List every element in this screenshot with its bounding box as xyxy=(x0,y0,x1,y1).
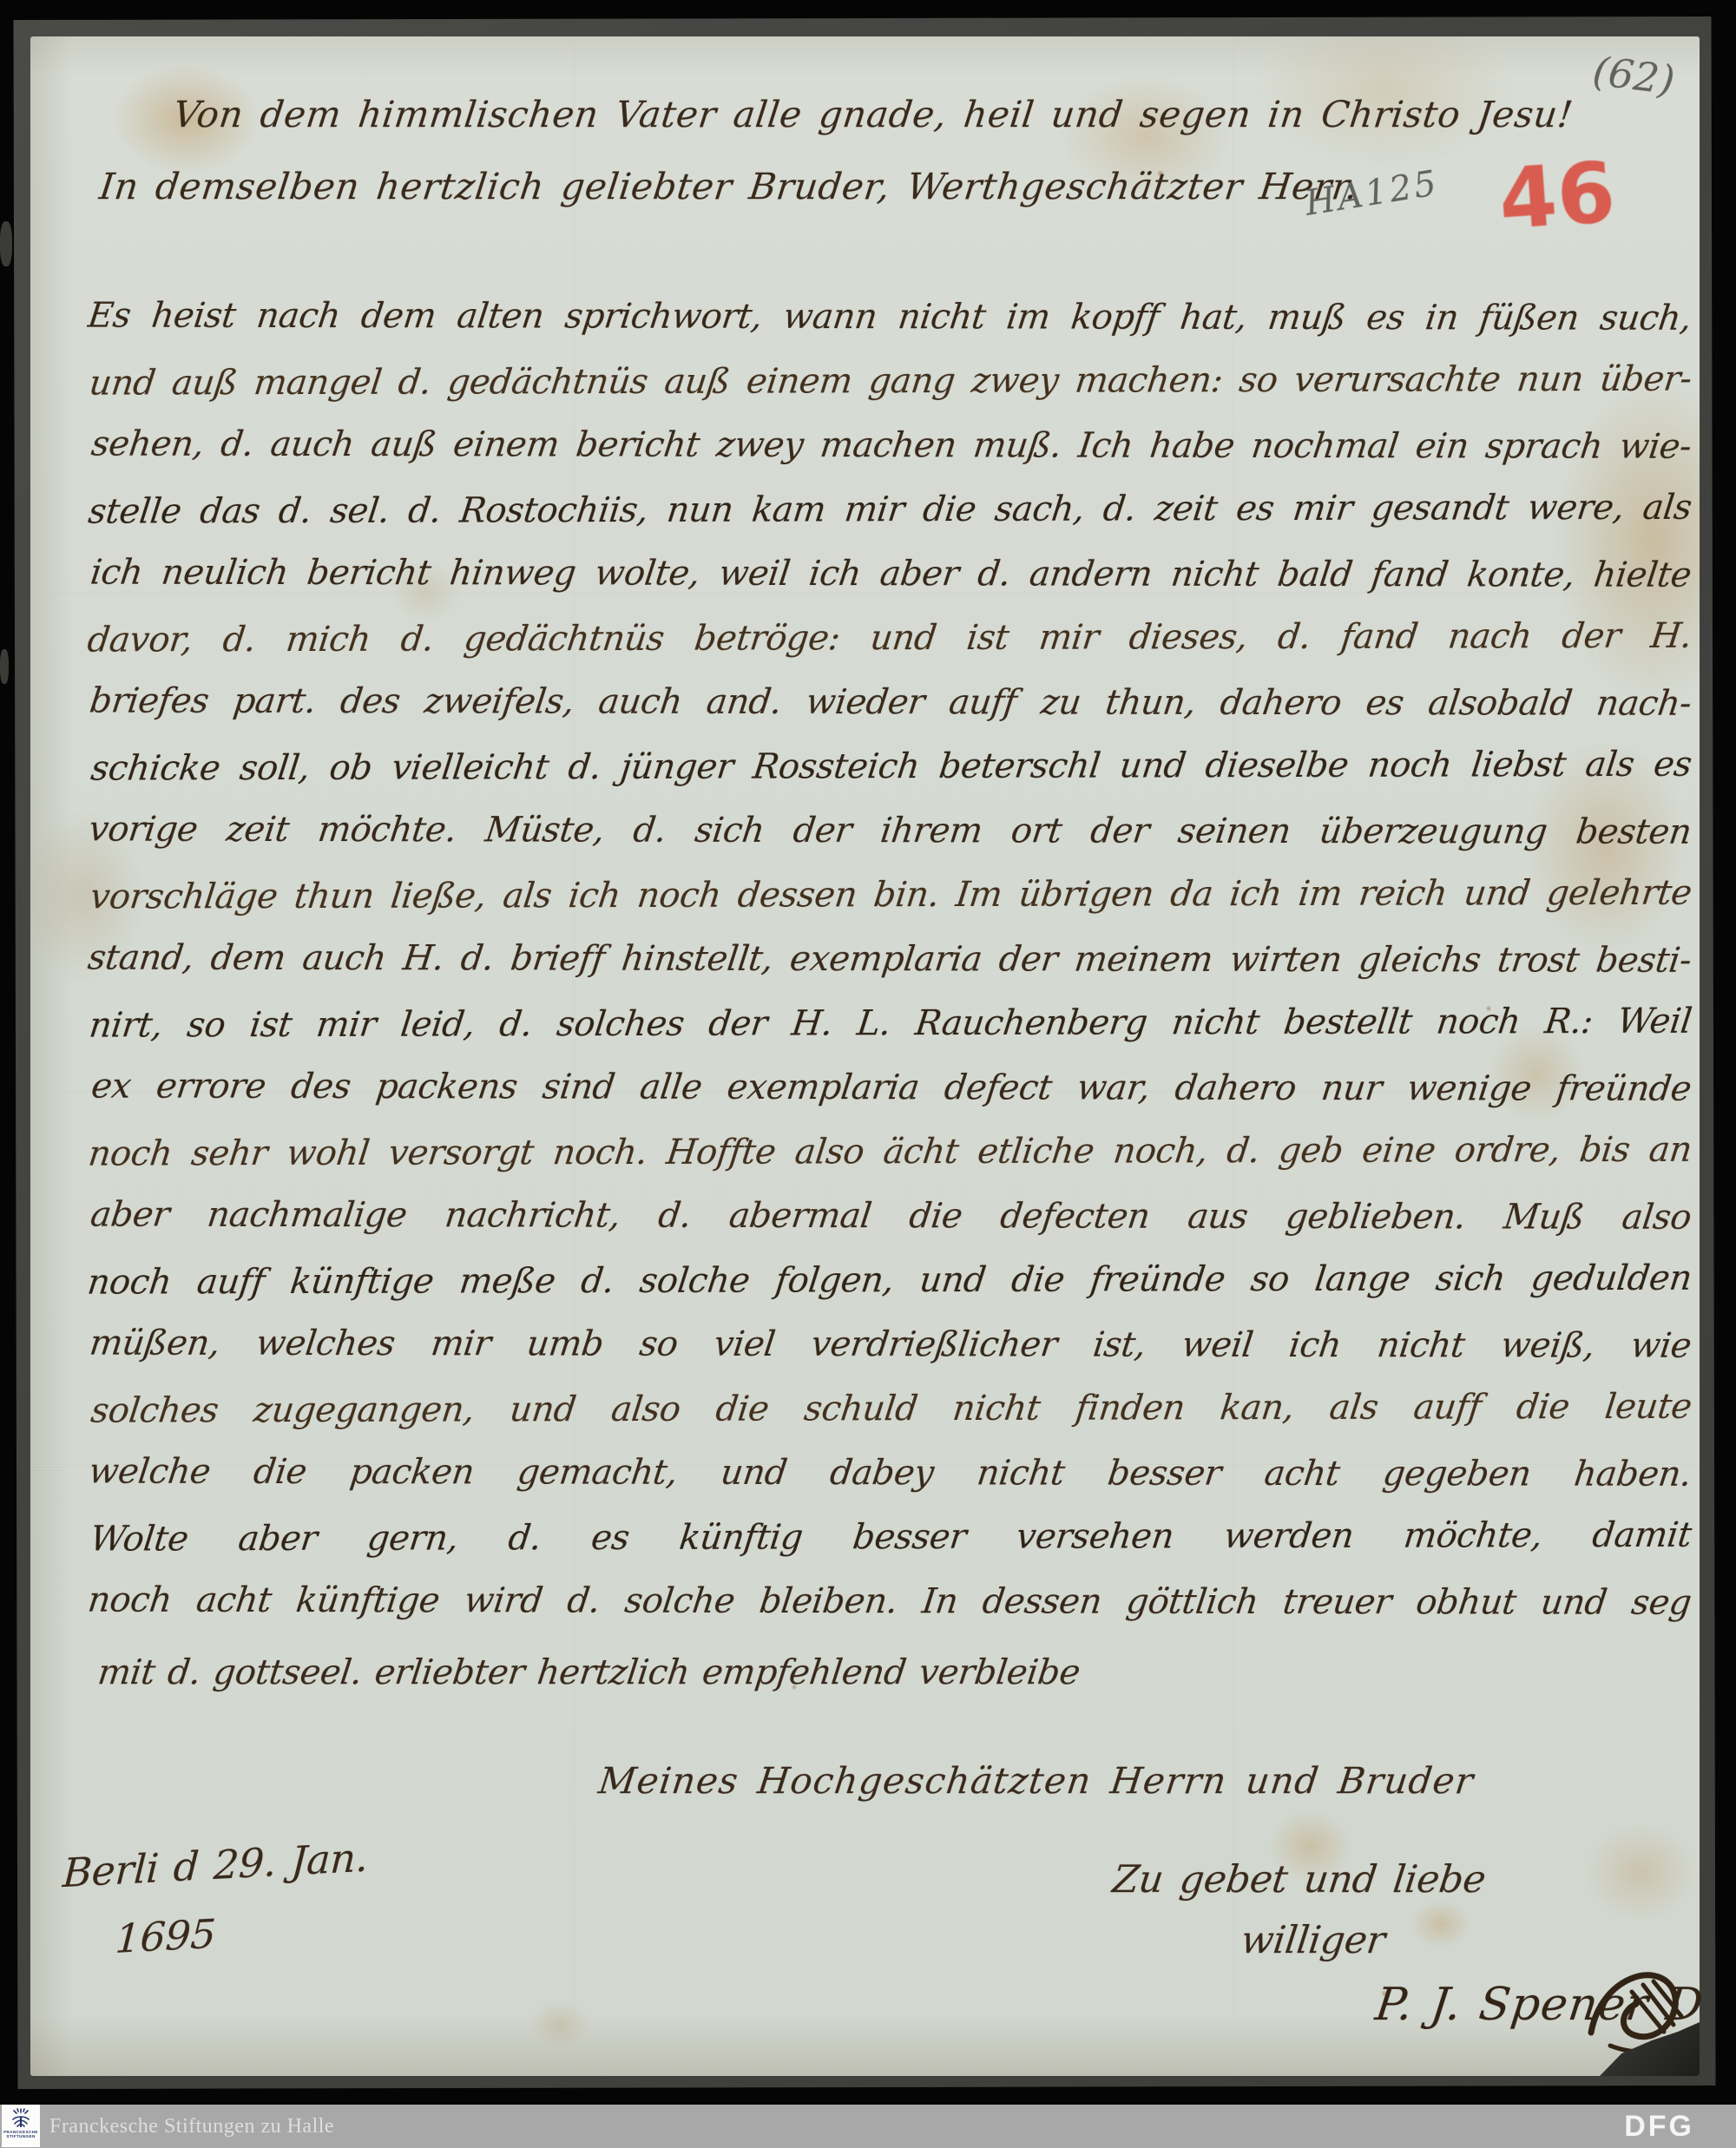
handwriting-line: sehen, d. auch auß einem bericht zwey ma… xyxy=(89,424,1693,471)
institution-logo: FRANCKESCHE STIFTUNGEN xyxy=(2,2105,40,2147)
handwriting-line: Es heist nach dem alten sprichwort, wann… xyxy=(85,295,1693,343)
handwriting-line: vorschläge thun ließe, als ich noch dess… xyxy=(88,873,1694,923)
handwriting-line: und auß mangel d. gedächtnüs auß einem g… xyxy=(87,359,1694,409)
handwriting-line: mit d. gottseel. erliebter hertzlich emp… xyxy=(95,1652,1082,1692)
handwriting-line: davor, d. mich d. gedächtnüs betröge: un… xyxy=(85,616,1694,666)
handwriting-line: welche die packen gemacht, und dabey nic… xyxy=(86,1451,1693,1499)
date-place: Berli d 29. Jan. xyxy=(62,1834,369,1896)
handwriting-line: müßen, welches mir umb so viel verdrießl… xyxy=(87,1323,1693,1370)
handwriting-line: schicke soll, ob vielleicht d. jünger Ro… xyxy=(89,745,1694,794)
eagle-sun-emblem-icon xyxy=(10,2107,32,2130)
closing-line: Meines Hochgeschätzten Herrn und Bruder xyxy=(596,1759,1476,1802)
salutation-line-2: In demselben hertzlich geliebter Bruder,… xyxy=(97,165,1360,207)
edge-smudge xyxy=(0,221,12,266)
handwriting-line: briefes part. des zweifels, auch and. wi… xyxy=(87,680,1693,728)
handwriting-line: stand, dem auch H. d. brieff hinstellt, … xyxy=(85,937,1693,985)
handwriting-line: nirt, so ist mir leid, d. solches der H.… xyxy=(87,1002,1694,1051)
footer-bar: FRANCKESCHE STIFTUNGEN Franckesche Stift… xyxy=(0,2105,1736,2148)
handwriting-line: solches zugegangen, und also die schuld … xyxy=(89,1387,1694,1436)
handwriting-line: noch acht künftige wird d. solche bleibe… xyxy=(85,1580,1693,1627)
edge-smudge xyxy=(0,649,9,684)
letter-page: Von dem himmlischen Vater alle gnade, he… xyxy=(30,36,1700,2076)
institution-logo-caption-line2: STIFTUNGEN xyxy=(6,2134,35,2138)
handwriting-line: noch sehr wohl versorgt noch. Hoffte als… xyxy=(86,1130,1694,1179)
fold-crease xyxy=(573,36,575,2076)
valediction-line-2: williger xyxy=(1239,1918,1387,1962)
date-year: 1695 xyxy=(114,1910,216,1962)
handwriting-line: aber nachmalige nachricht, d. abermal di… xyxy=(88,1194,1693,1242)
salutation-line-1: Von dem himmlischen Vater alle gnade, he… xyxy=(171,93,1575,135)
valediction-line-1: Zu gebet und liebe xyxy=(1110,1857,1488,1902)
handwriting-line: noch auff künftige meße d. solche folgen… xyxy=(85,1258,1694,1308)
handwriting-line: ex errore des packens sind alle exemplar… xyxy=(89,1066,1693,1113)
handwriting-line: vorige zeit möchte. Müste, d. sich der i… xyxy=(86,809,1693,857)
folio-number-pencil: (62) xyxy=(1590,47,1677,103)
handwriting-line: stelle das d. sel. d. Rostochiis, nun ka… xyxy=(86,488,1694,537)
item-number-stamp: 46 xyxy=(1496,143,1618,248)
handwriting-line: ich neulich bericht hinweg wolte, weil i… xyxy=(88,552,1693,600)
dfg-logo: DFG xyxy=(1624,2110,1694,2144)
handwriting-line: Wolte aber gern, d. es künftig besser ve… xyxy=(88,1515,1694,1565)
institution-name: Franckesche Stiftungen zu Halle xyxy=(49,2105,334,2148)
scan-background: { "scan": { "annotations": { "folio_numb… xyxy=(0,0,1736,2148)
